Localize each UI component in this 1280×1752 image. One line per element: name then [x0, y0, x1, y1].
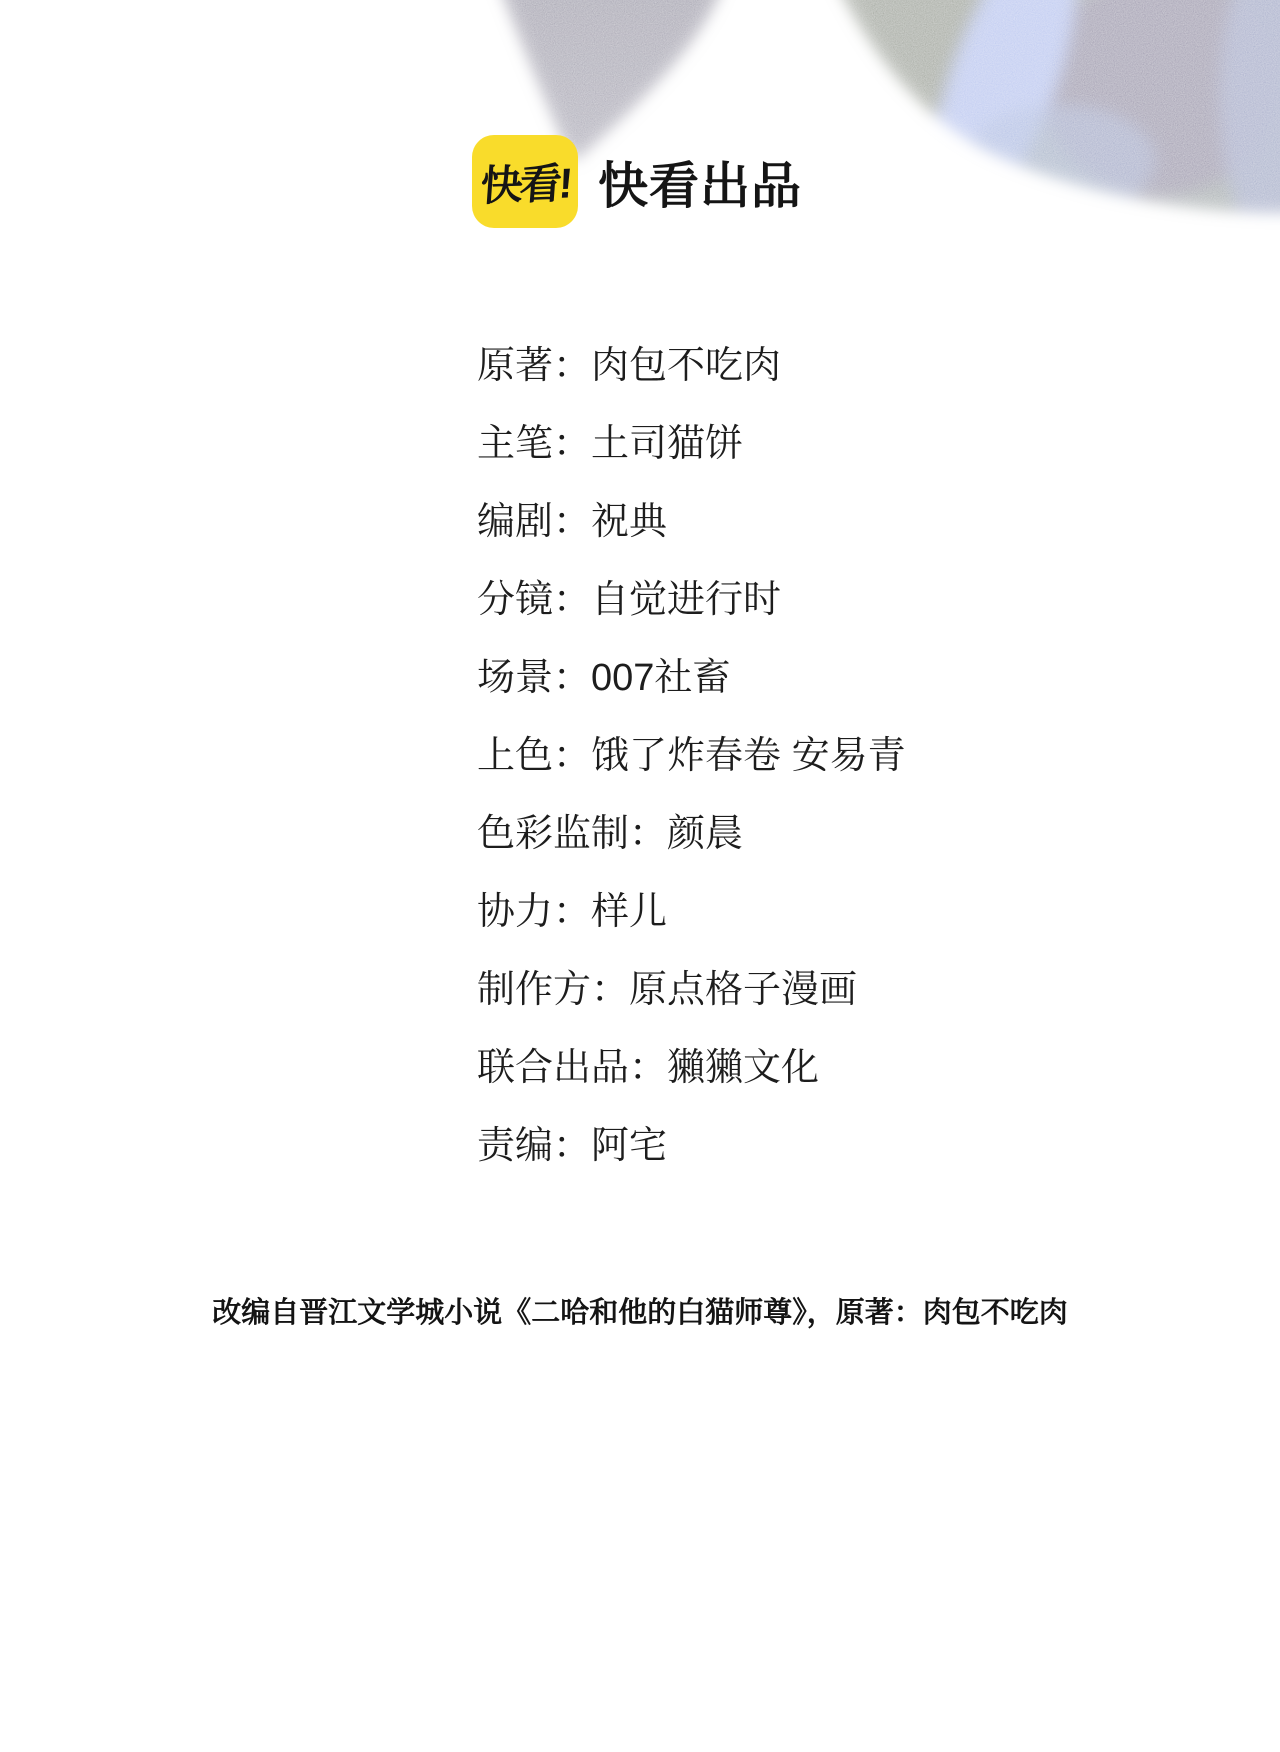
credit-label: 责编： — [477, 1125, 591, 1167]
credit-line-original-author: 原著：肉包不吃肉 — [477, 327, 906, 405]
credit-value: 獺獺文化 — [667, 1047, 819, 1089]
credit-value: 祝典 — [591, 501, 667, 543]
credit-label: 场景： — [477, 657, 591, 699]
credit-label: 原著： — [477, 345, 591, 387]
credit-value: 原点格子漫画 — [629, 969, 857, 1011]
credit-label: 色彩监制： — [477, 813, 667, 855]
credit-label: 编剧： — [477, 501, 591, 543]
credit-label: 主笔： — [477, 423, 591, 465]
credit-value: 阿宅 — [591, 1125, 667, 1167]
credit-label: 制作方： — [477, 969, 629, 1011]
comic-credits-page: { "brand": { "logo_text": "快看!", "wordma… — [0, 0, 1280, 1752]
credit-label: 分镜： — [477, 579, 591, 621]
credit-value: 饿了炸春卷 安易青 — [591, 735, 906, 777]
credit-label: 上色： — [477, 735, 591, 777]
credit-line-storyboard: 分镜：自觉进行时 — [477, 561, 906, 639]
credit-line-scenes: 场景：007社畜 — [477, 639, 906, 717]
credit-line-editor: 责编：阿宅 — [477, 1107, 906, 1185]
credit-line-color-supervisor: 色彩监制：颜晨 — [477, 795, 906, 873]
brand-row: 快看! 快看出品 — [472, 135, 802, 228]
credit-line-assistance: 协力：样儿 — [477, 873, 906, 951]
credit-line-coloring: 上色：饿了炸春卷 安易青 — [477, 717, 906, 795]
kuaikan-logo-glyph: 快看! — [478, 150, 571, 213]
adaptation-note: 改编自晋江文学城小说《二哈和他的白猫师尊》，原著：肉包不吃肉 — [0, 1294, 1280, 1332]
brand-wordmark: 快看出品 — [598, 146, 802, 218]
credit-value: 土司猫饼 — [591, 423, 743, 465]
credit-label: 联合出品： — [477, 1047, 667, 1089]
credits-list: 原著：肉包不吃肉 主笔：土司猫饼 编剧：祝典 分镜：自觉进行时 场景：007社畜… — [477, 327, 906, 1185]
credit-line-production: 制作方：原点格子漫画 — [477, 951, 906, 1029]
credit-value: 肉包不吃肉 — [591, 345, 781, 387]
credit-label: 协力： — [477, 891, 591, 933]
credit-line-screenwriter: 编剧：祝典 — [477, 483, 906, 561]
credit-value: 颜晨 — [667, 813, 743, 855]
credit-value: 自觉进行时 — [591, 579, 781, 621]
credit-line-co-producer: 联合出品：獺獺文化 — [477, 1029, 906, 1107]
kuaikan-logo: 快看! — [472, 135, 578, 228]
credit-line-lead-artist: 主笔：土司猫饼 — [477, 405, 906, 483]
credit-value: 样儿 — [591, 891, 667, 933]
credit-value: 007社畜 — [591, 657, 730, 699]
